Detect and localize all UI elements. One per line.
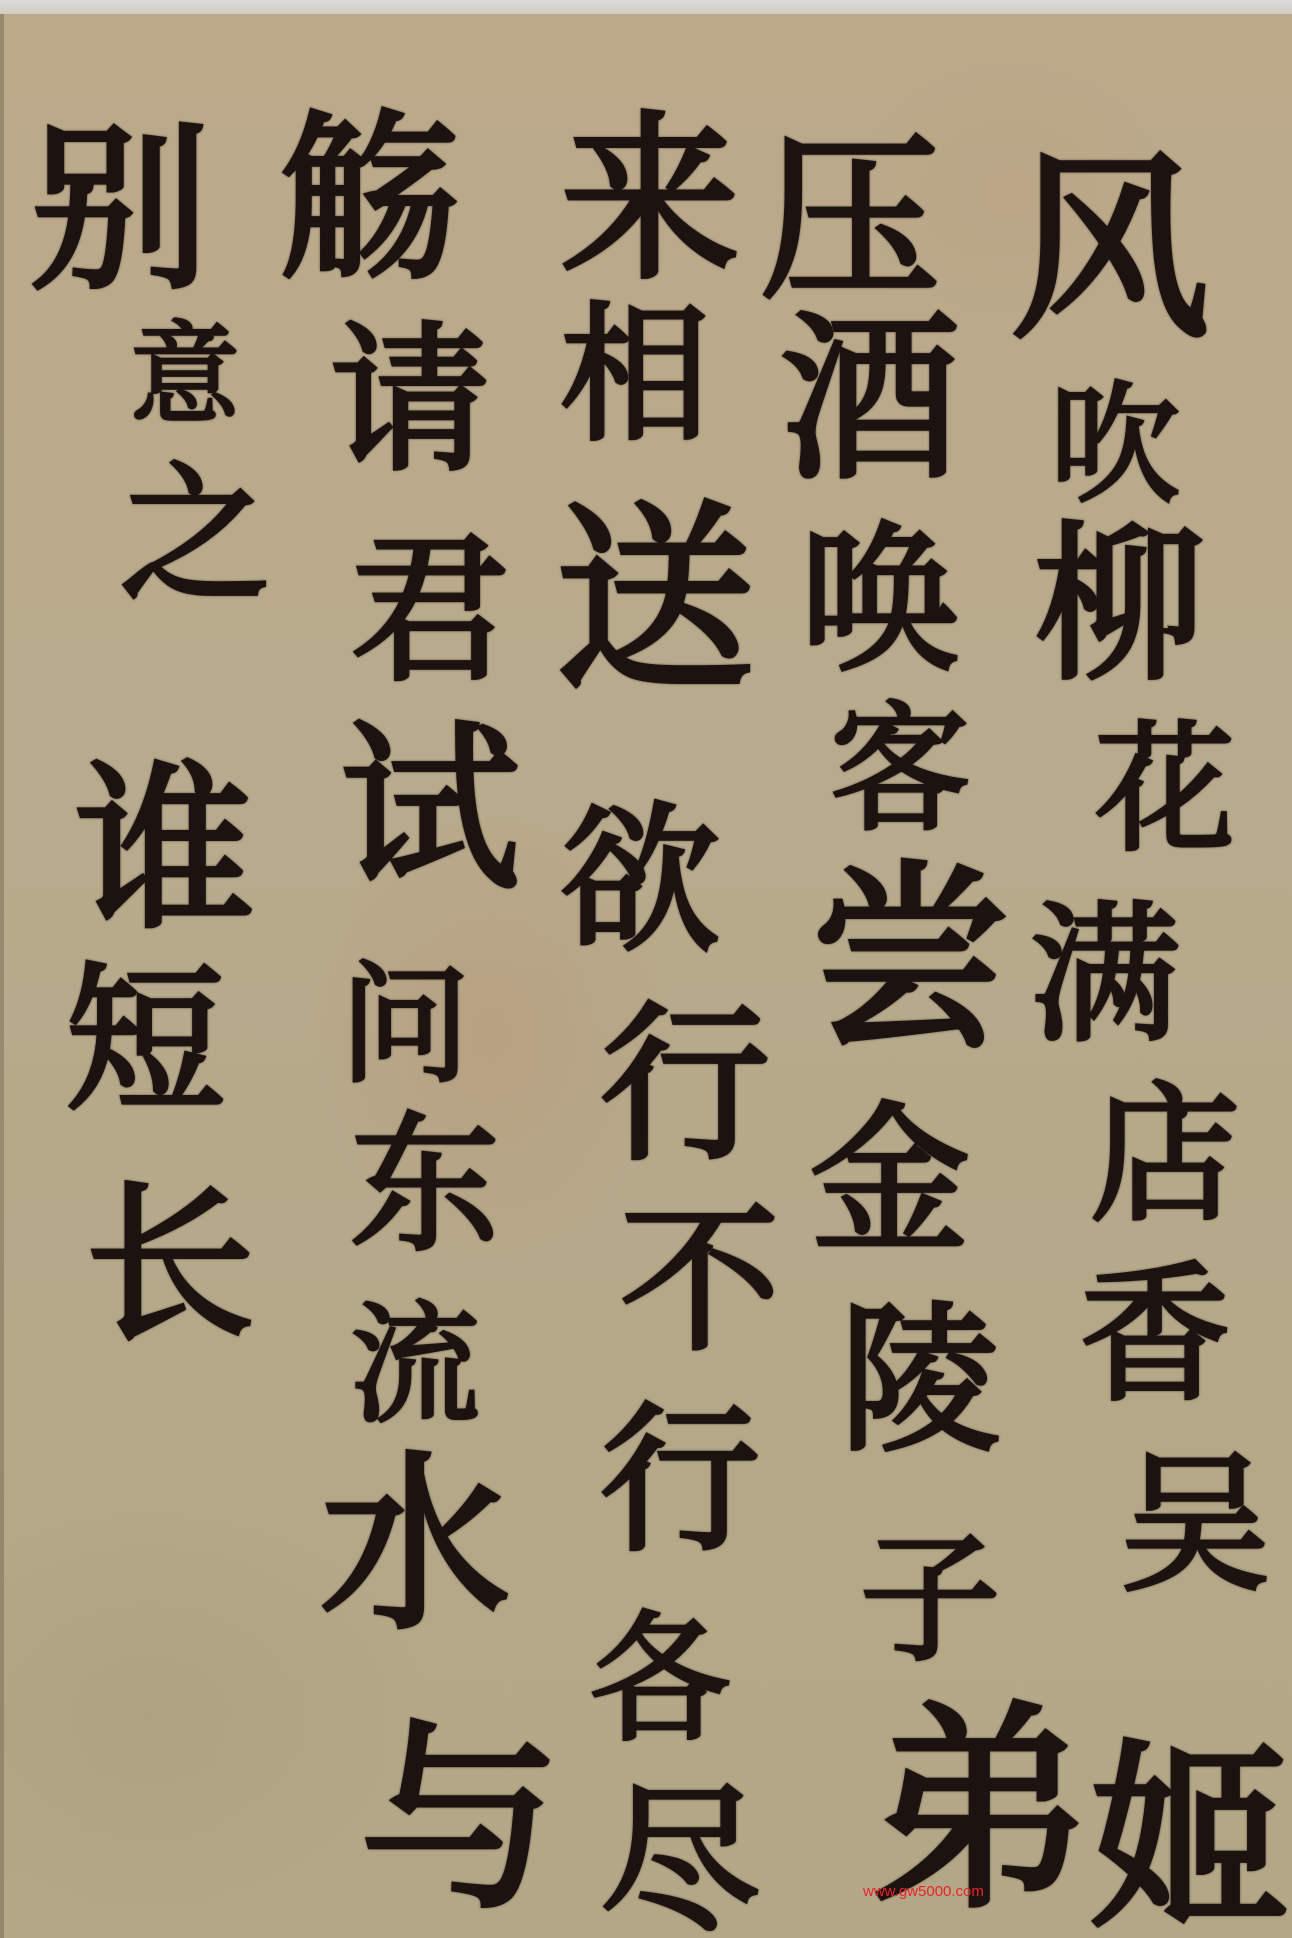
calligraphy-character: 来: [560, 110, 740, 290]
calligraphy-character: 觞: [280, 110, 460, 290]
calligraphy-character: 陵: [840, 1300, 1000, 1460]
calligraphy-character: 姬: [1090, 1740, 1290, 1938]
calligraphy-character: 吹: [1050, 380, 1180, 510]
calligraphy-character: 别: [30, 120, 210, 300]
calligraphy-character: 尽: [600, 1780, 760, 1938]
calligraphy-character: 君: [350, 530, 510, 690]
calligraphy-character: 各: [590, 1610, 730, 1750]
calligraphy-character: 相: [560, 300, 710, 450]
calligraphy-character: 柳: [1035, 520, 1205, 690]
calligraphy-character: 金: [810, 1100, 970, 1260]
calligraphy-character: 流: [350, 1300, 480, 1430]
calligraphy-character: 与: [360, 1720, 560, 1920]
calligraphy-character: 短: [65, 960, 225, 1120]
calligraphy-character: 压: [760, 130, 940, 310]
calligraphy-character: 谁: [75, 760, 255, 940]
calligraphy-character: 酒: [780, 310, 960, 490]
calligraphy-character: 请: [330, 320, 490, 480]
calligraphy-character: 之: [120, 460, 270, 610]
calligraphy-character: 行: [600, 1400, 760, 1560]
calligraphy-character: 店: [1090, 1080, 1240, 1230]
calligraphy-character: 风: [1010, 150, 1210, 350]
calligraphy-character: 满: [1030, 900, 1180, 1050]
watermark: www.gw5000.com: [863, 1883, 984, 1900]
calligraphy-character: 吴: [1120, 1450, 1270, 1600]
calligraphy-character: 行: [600, 1000, 770, 1170]
calligraphy-character: 花: [1095, 720, 1235, 860]
calligraphy-character: 水: [320, 1450, 510, 1640]
calligraphy-character: 客: [830, 700, 970, 840]
calligraphy-character: 长: [85, 1180, 255, 1350]
calligraphy-character: 试: [340, 720, 520, 900]
calligraphy-character: 子: [860, 1530, 1000, 1670]
calligraphy-character: 意: [130, 320, 240, 430]
calligraphy-character: 东: [350, 1110, 500, 1260]
calligraphy-character: 不: [620, 1200, 780, 1360]
calligraphy-character: 问: [340, 960, 470, 1090]
scroll-left-edge: [0, 14, 4, 1938]
calligraphy-character: 香: [1080, 1260, 1230, 1410]
calligraphy-character: 唤: [800, 520, 960, 680]
calligraphy-character: 送: [555, 500, 755, 700]
calligraphy-character: 欲: [560, 800, 720, 960]
calligraphy-character: 尝: [810, 860, 1010, 1060]
